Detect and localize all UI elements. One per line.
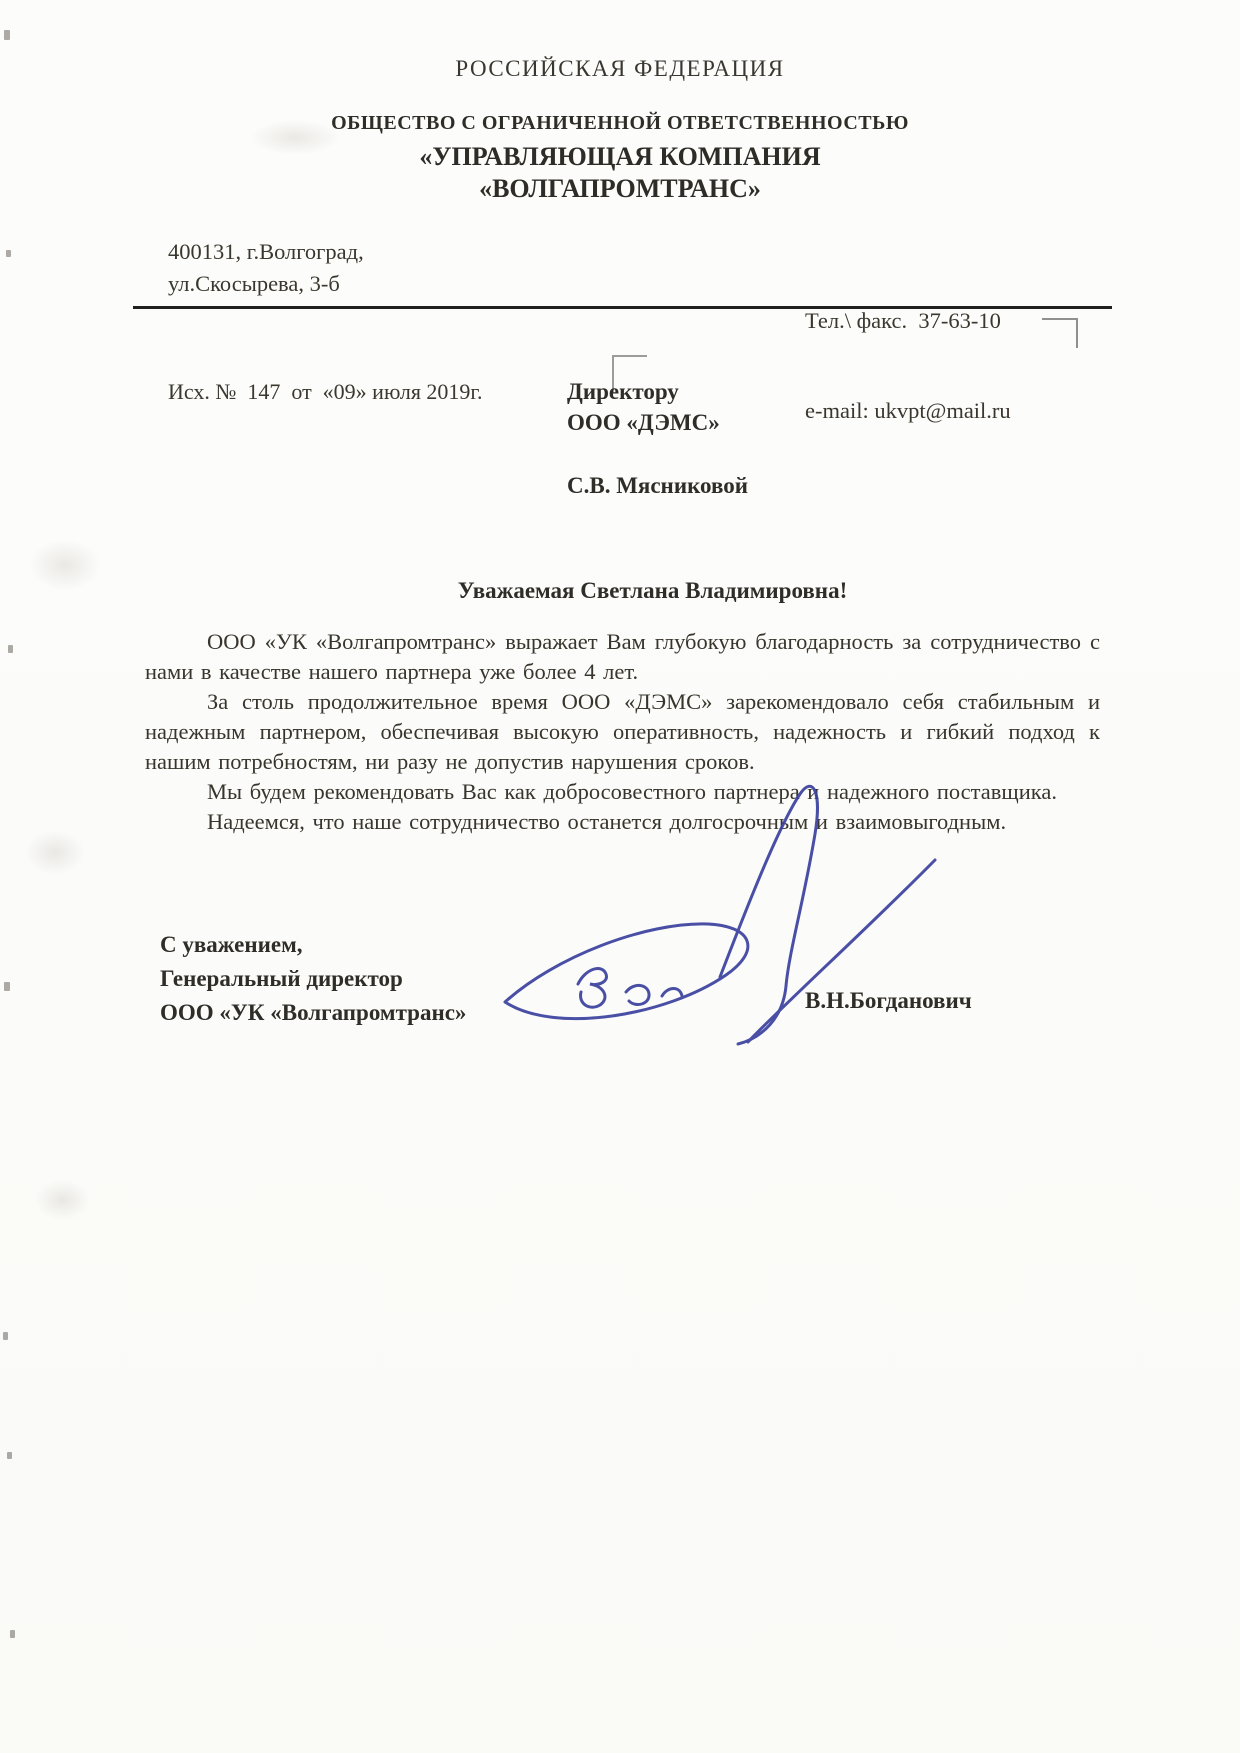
signer-company: ООО «УК «Волгапромтранс»	[160, 996, 466, 1030]
signer-title: Генеральный директор	[160, 962, 466, 996]
addressee-name: С.В. Мясниковой	[567, 470, 748, 501]
addressee-line2: ООО «ДЭМС»	[567, 407, 748, 438]
page-corner-mark	[1042, 318, 1078, 348]
phone-fax: Тел.\ факс. 37-63-10	[805, 306, 1011, 336]
scan-smudge	[35, 1180, 90, 1220]
scan-speck	[10, 1630, 15, 1638]
scan-speck	[8, 645, 13, 653]
scan-smudge	[25, 830, 85, 875]
closing-line: С уважением,	[160, 928, 466, 962]
scan-speck	[4, 30, 10, 40]
letterhead: РОССИЙСКАЯ ФЕДЕРАЦИЯ ОБЩЕСТВО С ОГРАНИЧЕ…	[0, 56, 1240, 205]
letterhead-contacts: Тел.\ факс. 37-63-10 e-mail: ukvpt@mail.…	[805, 246, 1011, 486]
signature-block: С уважением, Генеральный директор ООО «У…	[160, 928, 466, 1030]
email: e-mail: ukvpt@mail.ru	[805, 396, 1011, 426]
address-line1: 400131, г.Волгоград,	[168, 236, 364, 268]
letterhead-divider	[133, 306, 1112, 309]
outgoing-reference: Исх. № 147 от «09» июля 2019г.	[168, 379, 482, 405]
scan-speck	[7, 1452, 12, 1459]
addressee-line1: Директору	[567, 376, 748, 407]
scan-speck	[6, 250, 11, 257]
letterhead-country: РОССИЙСКАЯ ФЕДЕРАЦИЯ	[0, 56, 1240, 82]
scan-speck	[4, 982, 10, 991]
org-name-line2: «ВОЛГАПРОМТРАНС»	[0, 173, 1240, 205]
handwritten-signature-icon	[430, 772, 975, 1057]
body-paragraph-2: За столь продолжительное время ООО «ДЭМС…	[145, 687, 1100, 777]
letterhead-address: 400131, г.Волгоград, ул.Скосырева, 3-б	[168, 236, 364, 300]
scan-smudge	[30, 540, 100, 590]
addressee-block: Директору ООО «ДЭМС» С.В. Мясниковой	[567, 376, 748, 501]
signer-name: В.Н.Богданович	[805, 988, 972, 1014]
scan-speck	[3, 1332, 8, 1340]
body-paragraph-1: ООО «УК «Волгапромтранс» выражает Вам гл…	[145, 627, 1100, 687]
salutation: Уважаемая Светлана Владимировна!	[145, 578, 1100, 604]
address-line2: ул.Скосырева, 3-б	[168, 268, 364, 300]
org-name-line1: «УПРАВЛЯЮЩАЯ КОМПАНИЯ	[0, 141, 1240, 173]
scanned-letter-page: РОССИЙСКАЯ ФЕДЕРАЦИЯ ОБЩЕСТВО С ОГРАНИЧЕ…	[0, 0, 1240, 1753]
scan-smudge	[250, 120, 340, 155]
letterhead-org-type: ОБЩЕСТВО С ОГРАНИЧЕННОЙ ОТВЕТСТВЕННОСТЬЮ	[0, 112, 1240, 135]
letterhead-org-name: «УПРАВЛЯЮЩАЯ КОМПАНИЯ «ВОЛГАПРОМТРАНС»	[0, 141, 1240, 205]
